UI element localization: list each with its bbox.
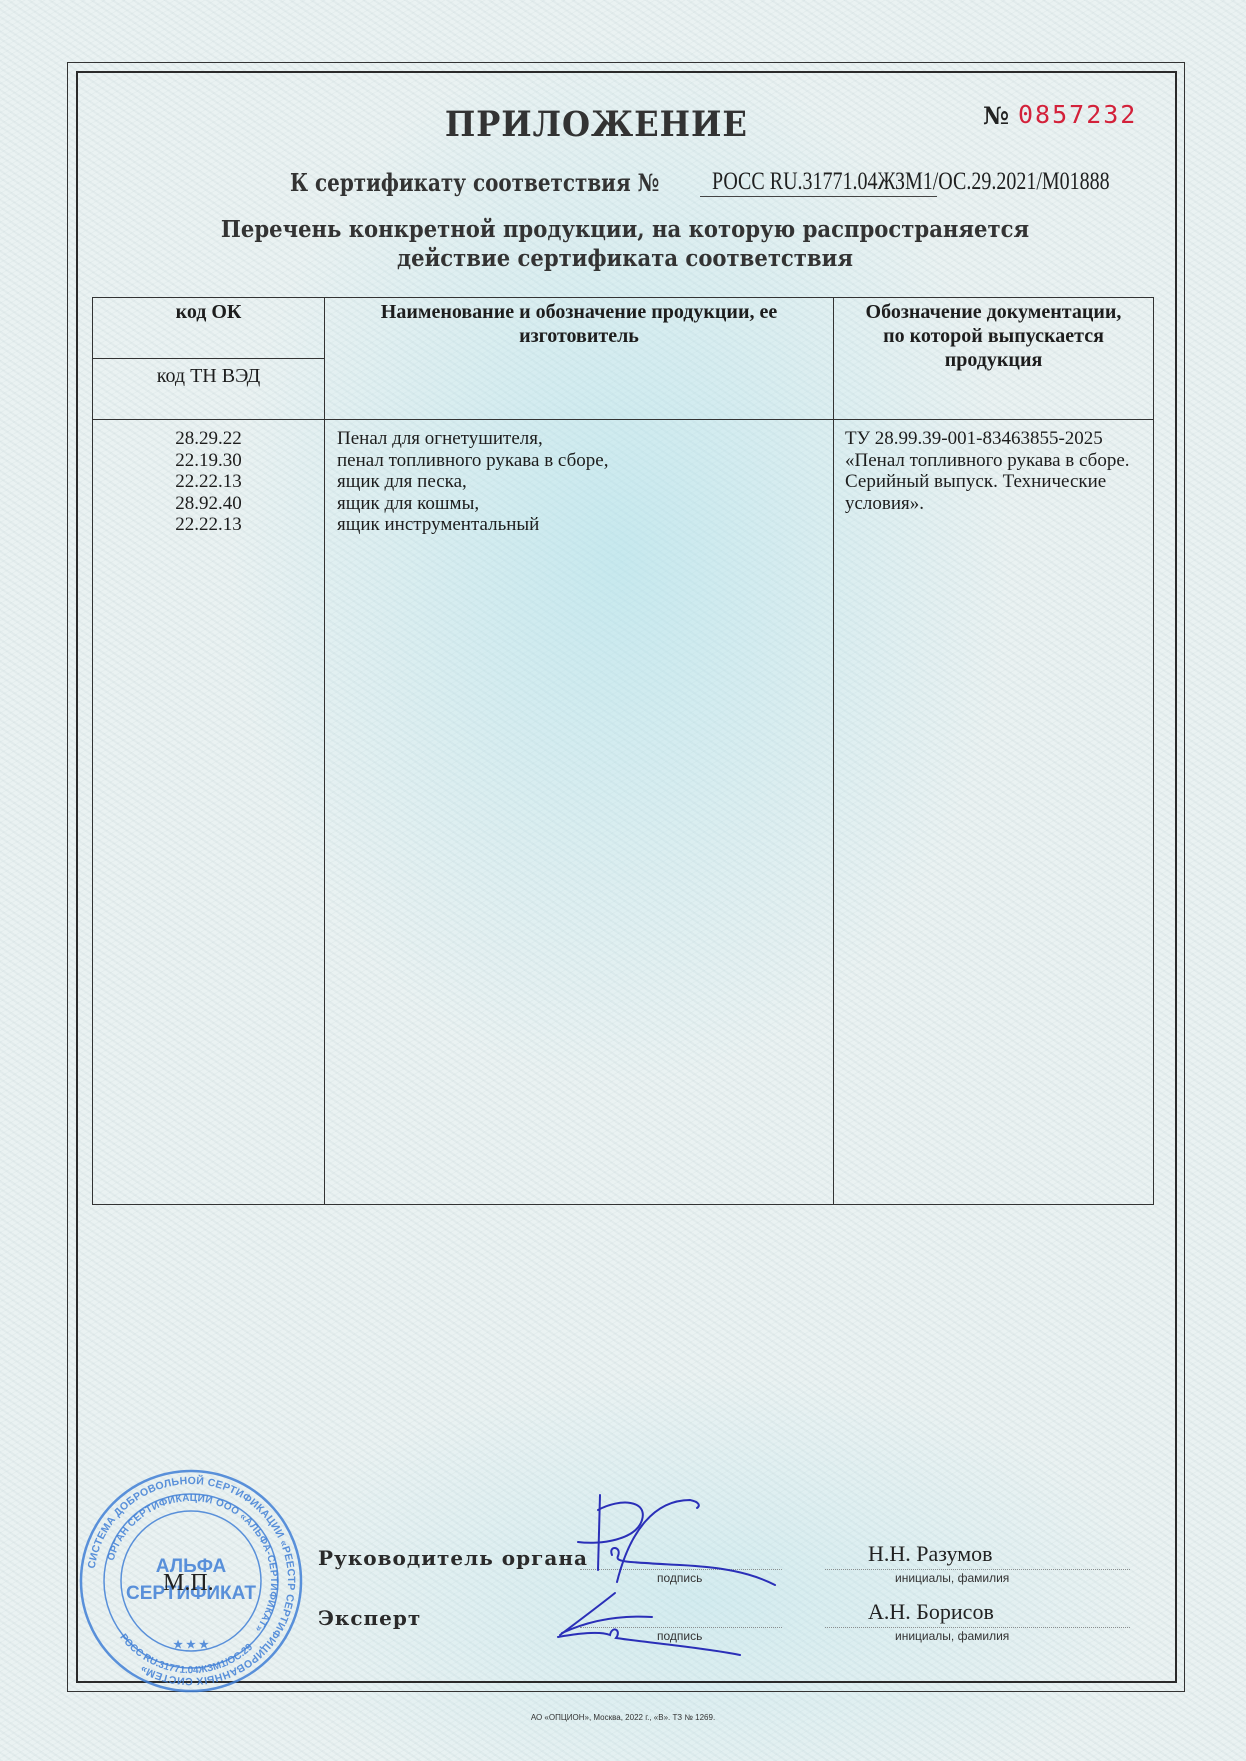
code-value: 22.22.13 [93, 514, 324, 536]
product-name: Пенал для огнетушителя, [337, 428, 833, 450]
certificate-label: К сертификату соответствия № [290, 168, 659, 197]
product-name: пенал топливного рукава в сборе, [337, 450, 833, 472]
documentation-line: ТУ 28.99.39-001-83463855-2025 [845, 428, 1153, 450]
certificate-underline [700, 196, 937, 197]
expert-name-line [825, 1627, 1130, 1628]
form-number: 0857232 [1018, 100, 1137, 129]
head-label: Руководитель органа [318, 1546, 588, 1570]
expert-name-caption: инициалы, фамилия [895, 1629, 1009, 1643]
documentation-line: «Пенал топливного рукава в сборе. [845, 450, 1153, 472]
codes-cell: 28.29.2222.19.3022.22.1328.92.4022.22.13 [93, 420, 325, 1205]
code-value: 22.22.13 [93, 471, 324, 493]
documentation-line: Серийный выпуск. Технические [845, 471, 1153, 493]
documentation-line: условия». [845, 493, 1153, 515]
seal-mark: М.П. [163, 1570, 214, 1597]
documentation-cell: ТУ 28.99.39-001-83463855-2025«Пенал топл… [834, 420, 1154, 1205]
header-code-tnved: код ТН ВЭД [93, 359, 325, 420]
products-cell: Пенал для огнетушителя,пенал топливного … [325, 420, 834, 1205]
code-value: 28.29.22 [93, 428, 324, 450]
head-name-line [825, 1569, 1130, 1570]
printer-footer: АО «ОПЦИОН», Москва, 2022 г., «В». ТЗ № … [0, 1713, 1246, 1722]
head-name-caption: инициалы, фамилия [895, 1571, 1009, 1585]
expert-name: А.Н. Борисов [868, 1599, 994, 1625]
subtitle: Перечень конкретной продукции, на котору… [150, 215, 1100, 273]
subtitle-line-2: действие сертификата соответствия [188, 244, 1062, 273]
code-value: 22.19.30 [93, 450, 324, 472]
head-name: Н.Н. Разумов [868, 1541, 993, 1567]
products-table: код ОК Наименование и обозначение продук… [92, 297, 1154, 1205]
subtitle-line-1: Перечень конкретной продукции, на котору… [188, 215, 1062, 244]
form-number-sign: № [983, 101, 1009, 130]
stamp-stars: ★ ★ ★ [173, 1639, 209, 1651]
product-name: ящик для песка, [337, 471, 833, 493]
header-code-ok: код ОК [93, 298, 325, 359]
expert-label: Эксперт [318, 1606, 421, 1630]
header-documentation-text: Обозначение документации, по которой вып… [842, 300, 1145, 372]
product-name: ящик инструментальный [337, 514, 833, 536]
expert-signature-icon [550, 1585, 770, 1665]
header-product-name: Наименование и обозначение продукции, ее… [325, 298, 834, 420]
code-value: 28.92.40 [93, 493, 324, 515]
table-row: 28.29.2222.19.3022.22.1328.92.4022.22.13… [93, 420, 1154, 1205]
product-name: ящик для кошмы, [337, 493, 833, 515]
certificate-number: РОСС RU.31771.04ЖЗМ1/ОС.29.2021/М01888 [712, 168, 1110, 196]
header-documentation: Обозначение документации, по которой вып… [834, 298, 1154, 420]
